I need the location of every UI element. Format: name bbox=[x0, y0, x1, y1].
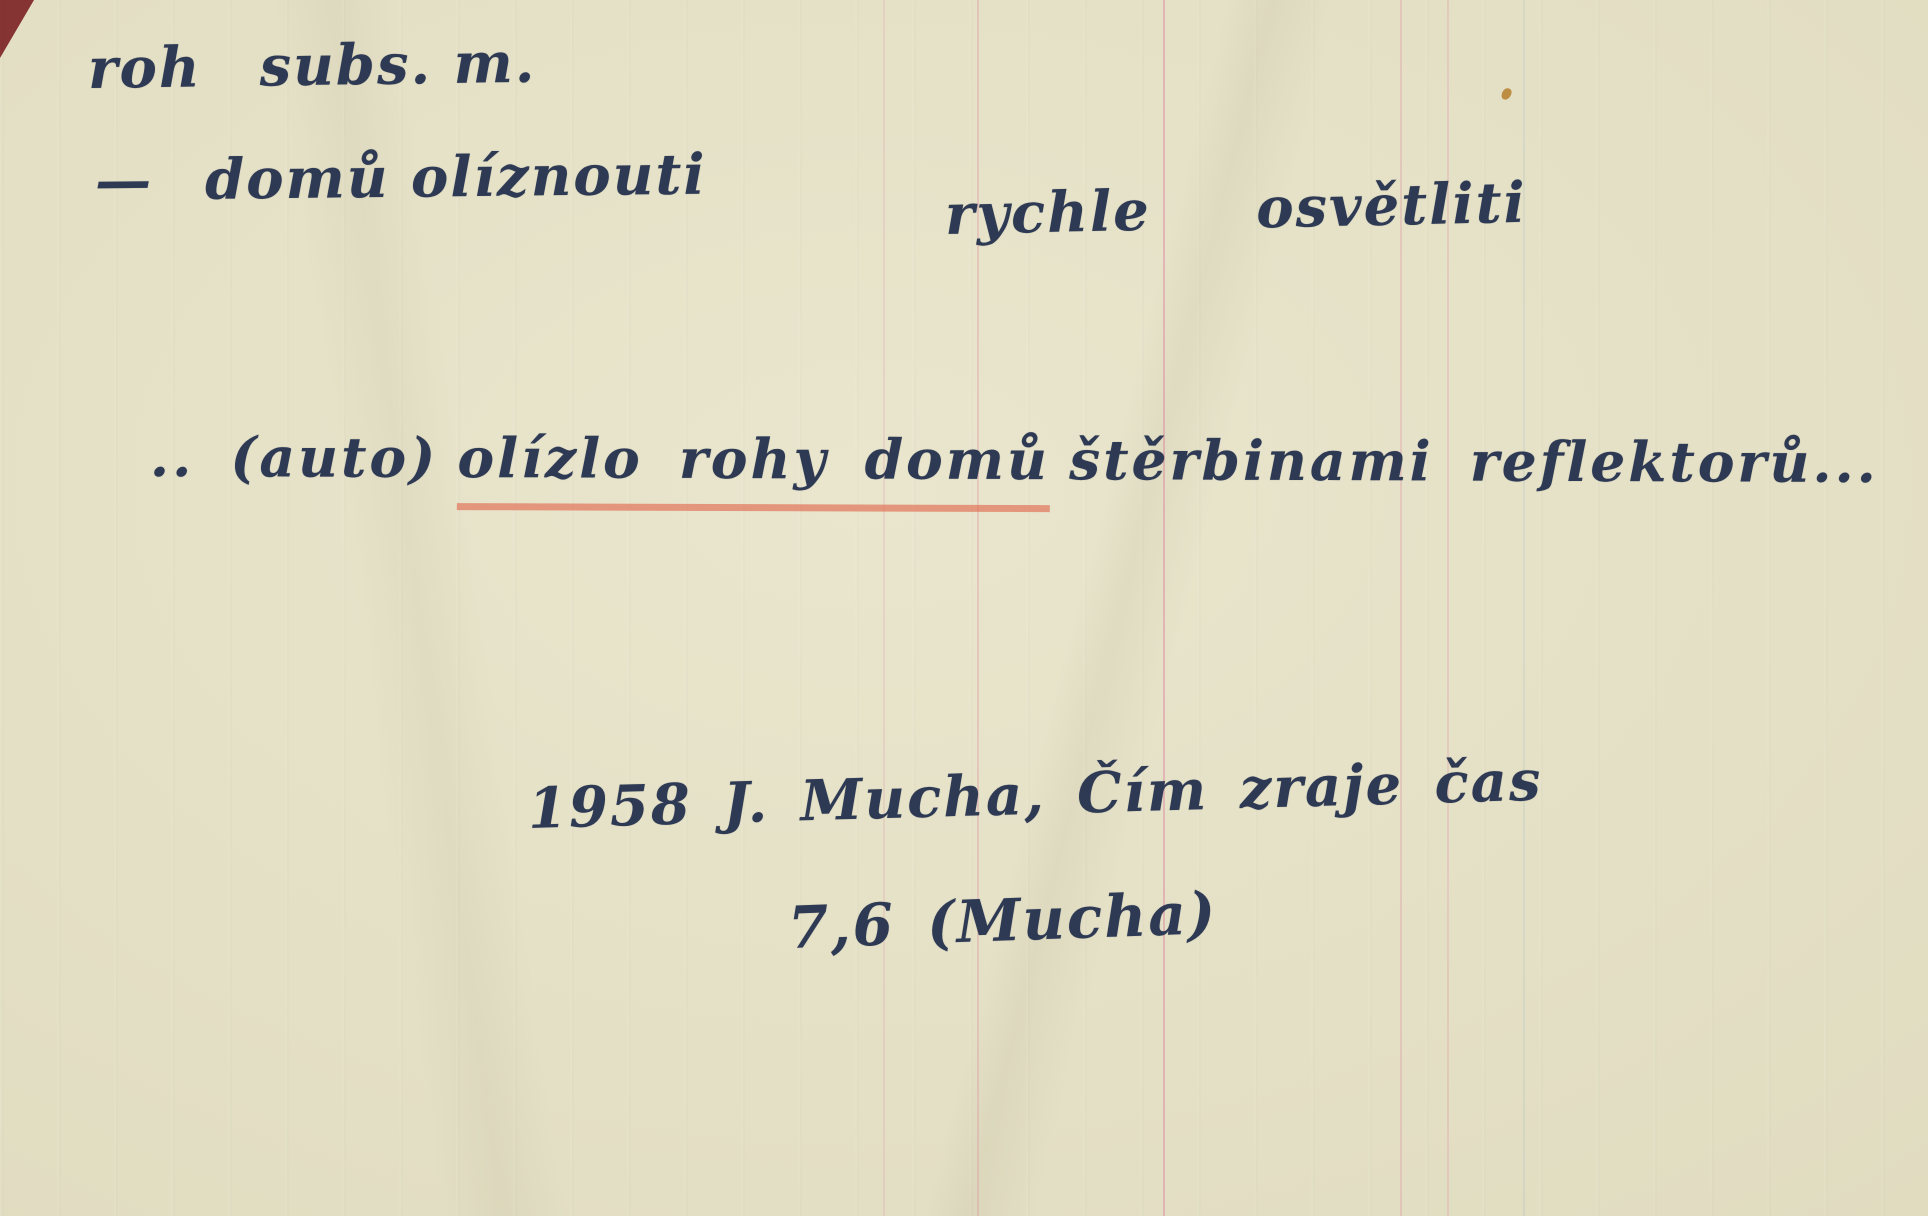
paper-speck bbox=[1500, 87, 1513, 102]
quotation: .. (auto)olízlo rohy domůštěrbinami refl… bbox=[150, 424, 1879, 495]
quotation-underlined-phrase: olízlo rohy domů bbox=[457, 425, 1050, 512]
citation-source: 1958 J. Mucha, Čím zraje čas bbox=[527, 748, 1543, 842]
sense-line: —domů olíznouti bbox=[95, 142, 707, 214]
card-corner-mark bbox=[0, 0, 34, 58]
headword-line: rohsubs. m. bbox=[88, 30, 537, 102]
lexical-archive-card: rohsubs. m. —domů olíznouti rychle osvět… bbox=[0, 0, 1928, 1216]
citation-locator: 7,6 (Mucha) bbox=[787, 879, 1219, 962]
sense-dash: — bbox=[95, 147, 152, 214]
quotation-lead: .. (auto) bbox=[150, 424, 438, 490]
pos-label: subs. m. bbox=[259, 30, 537, 100]
sense-definition: domů olíznouti bbox=[205, 142, 707, 213]
quotation-tail: štěrbinami reflektorů... bbox=[1069, 427, 1879, 495]
headword: roh bbox=[88, 34, 202, 102]
gloss: rychle osvětliti bbox=[944, 170, 1527, 248]
